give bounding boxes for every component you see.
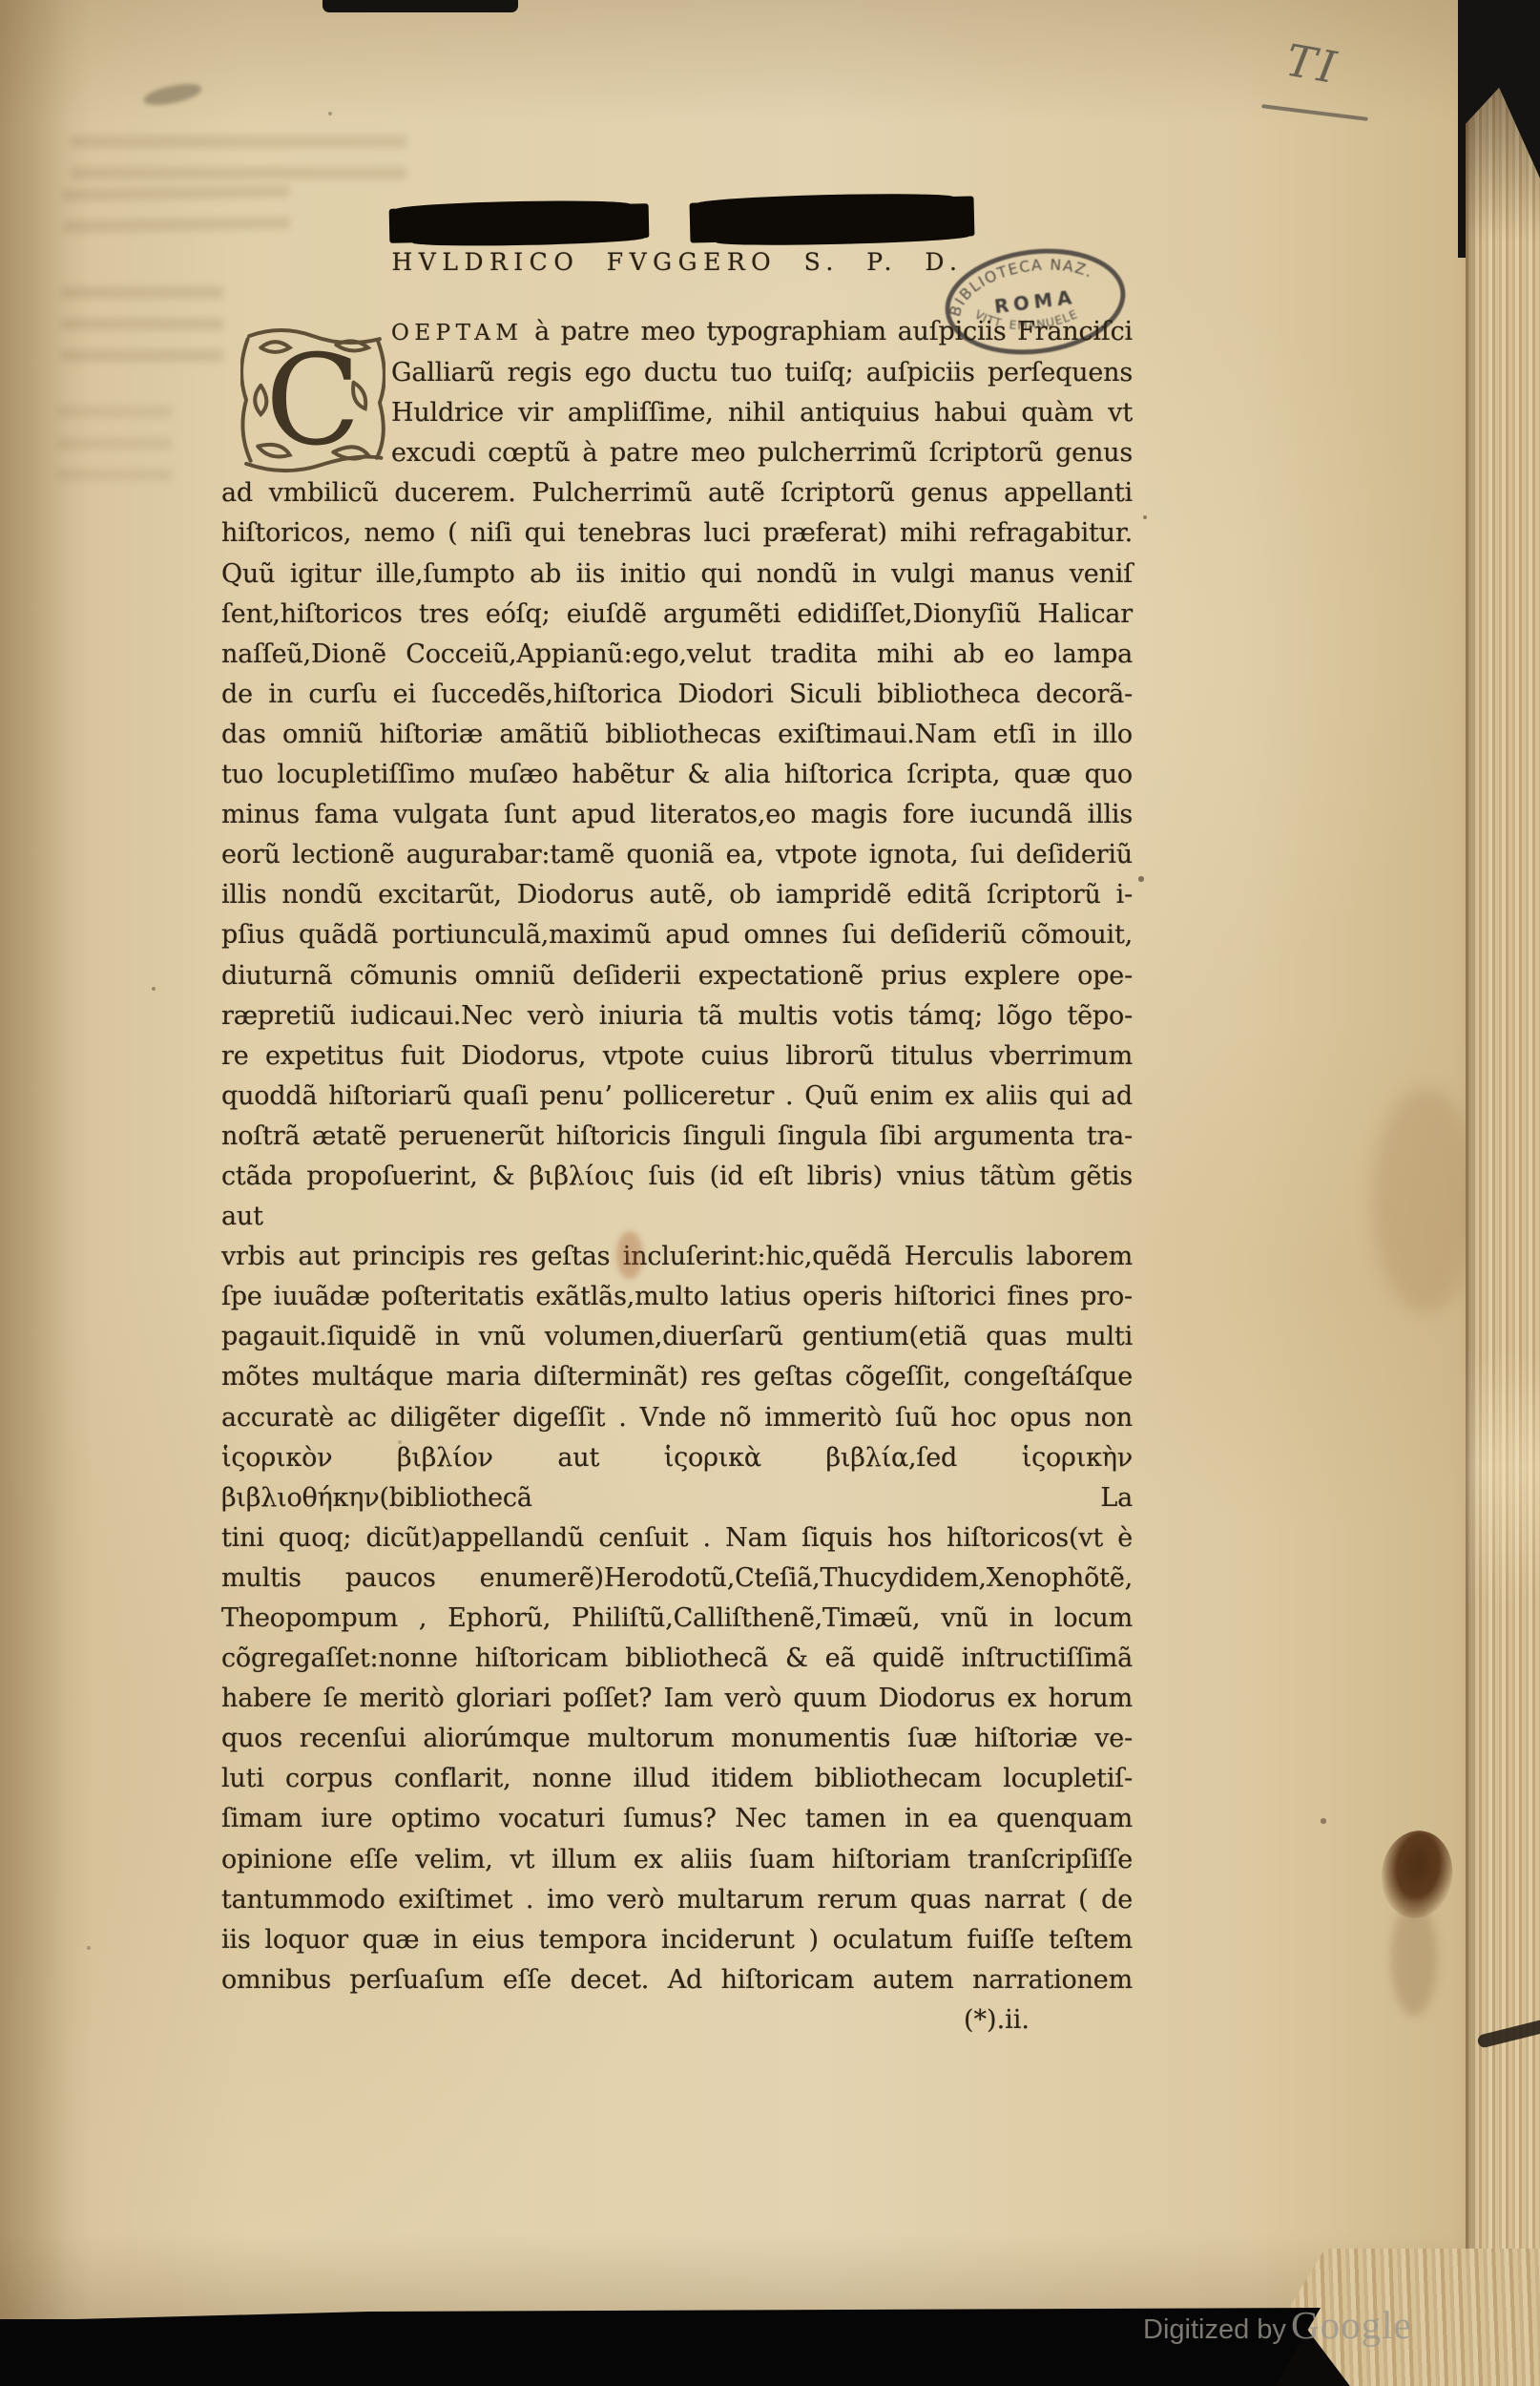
stamp-oval bbox=[942, 241, 1129, 362]
text-line: pagauit.ſiquidẽ in vnũ volumen,diuerſarũ… bbox=[221, 1317, 1133, 1357]
text-line: ſent,hiſtoricos tres eóſq; eiuſdẽ argumẽ… bbox=[221, 595, 1133, 635]
text-line: tuo locupletiſſimo muſæo habẽtur & alia … bbox=[221, 755, 1133, 795]
text-line: omnibus perſuaſum eſſe decet. Ad hiſtori… bbox=[221, 1960, 1133, 2000]
dedication-heading: HVLDRICO FVGGERO S. P. D. bbox=[222, 248, 1133, 276]
text-line: tini quoq; dicũt)appellandũ cenſuit . Na… bbox=[221, 1518, 1133, 1559]
bleedthrough-text bbox=[63, 185, 291, 239]
bleedthrough-text bbox=[61, 286, 223, 363]
text-line: tantummodo exiſtimet . imo verò multarum… bbox=[221, 1880, 1133, 1920]
text-line: ræpretiũ iudicaui.Nec verò iniuria tã mu… bbox=[221, 996, 1133, 1036]
google-watermark: Digitized by Google bbox=[1143, 2302, 1412, 2348]
svg-text:BIBLIOTECA NAZ.: BIBLIOTECA NAZ. bbox=[940, 248, 1101, 320]
text-line: ctãda propoſuerint, & βιβλίοις ſuis (id … bbox=[221, 1157, 1133, 1237]
watermark-brand: Google bbox=[1291, 2303, 1412, 2347]
text-line: illis nondũ excitarũt, Diodorus autẽ, ob… bbox=[221, 875, 1133, 915]
text-line: accuratè ac diligẽter digeſſit . Vnde nõ… bbox=[221, 1398, 1133, 1438]
text-line: diuturnã cõmunis omniũ deſiderii expecta… bbox=[221, 956, 1133, 996]
text-line: hiſtoricos, nemo ( niſi qui tenebras luc… bbox=[221, 513, 1133, 554]
text-line: re expetitus fuit Diodorus, vtpote cuius… bbox=[221, 1036, 1133, 1077]
scan-edge-smudge bbox=[323, 0, 518, 12]
text-line: noſtrã ætatẽ peruenerũt hiſtoricis ſingu… bbox=[221, 1117, 1133, 1157]
text-line: ſpe iuuãdæ poſteritatis exãtlãs,multo la… bbox=[221, 1277, 1133, 1317]
text-line: Quũ igitur ille,ſumpto ab iis initio qui… bbox=[221, 555, 1133, 595]
text-line: naſſeũ,Dionẽ Cocceiũ,Appianũ:ego,velut t… bbox=[221, 635, 1133, 675]
page-paper: HVLDRICO FVGGERO S. P. D. BIBLIOTECA NAZ… bbox=[0, 0, 1485, 2319]
text-line: mõtes multáque maria diſterminãt) res ge… bbox=[221, 1357, 1133, 1397]
censored-heading-bar bbox=[690, 196, 975, 242]
text-line: opinione eſſe velim, vt illum ex aliis ſ… bbox=[221, 1840, 1133, 1880]
text-line: excudi cœptũ à patre meo pulcherrimũ ſcr… bbox=[221, 433, 1133, 473]
ornate-initial-C: C bbox=[240, 324, 385, 475]
text-line: Galliarũ regis ego ductu tuo tuiſq; auſp… bbox=[221, 353, 1133, 393]
censored-heading-bar bbox=[389, 203, 650, 243]
text-line: de in curſu ei ſuccedẽs,hiſtorica Diodor… bbox=[221, 675, 1133, 715]
text-line: das omniũ hiſtoriæ amãtiũ bibliothecas e… bbox=[221, 715, 1133, 755]
fox-spot bbox=[616, 1231, 643, 1279]
text-line: cõgregaſſet:nonne hiſtoricam bibliothecã… bbox=[221, 1639, 1133, 1679]
stamp-bottom-text: VITT. EMANUELE bbox=[971, 296, 1081, 340]
bleedthrough-text bbox=[57, 406, 172, 496]
text-line: ἱςορικὸν βιβλίον aut ἱςορικὰ βιβλία,ſed … bbox=[221, 1438, 1133, 1518]
text-line: quos recenſui aliorúmque multorum monume… bbox=[221, 1719, 1133, 1759]
body-text: OEPTAM à patre meo typographiam auſpicii… bbox=[221, 312, 1133, 2041]
handwritten-folio-mark: TI bbox=[1282, 34, 1342, 94]
text-line: vrbis aut principis res geſtas incluſeri… bbox=[221, 1237, 1133, 1277]
book-page-scan: HVLDRICO FVGGERO S. P. D. BIBLIOTECA NAZ… bbox=[0, 0, 1540, 2386]
text-line: ad vmbilicũ ducerem. Pulcherrimũ autẽ ſc… bbox=[221, 473, 1133, 513]
text-line: minus fama vulgata ſunt apud literatos,e… bbox=[221, 795, 1133, 835]
first-line-lead: OEPTAM bbox=[391, 321, 523, 345]
text-line-first: OEPTAM à patre meo typographiam auſpicii… bbox=[221, 312, 1133, 353]
text-line: luti corpus conflarit, nonne illud itide… bbox=[221, 1759, 1133, 1799]
svg-text:VITT. EMANUELE: VITT. EMANUELE bbox=[971, 296, 1081, 340]
text-line: Huldrice vir ampliſſime, nihil antiquius… bbox=[221, 393, 1133, 433]
text-line: iis loquor quæ in eius tempora inciderun… bbox=[221, 1920, 1133, 1960]
ink-stain bbox=[1376, 1826, 1458, 1922]
text-line: Theopompum , Ephorũ, Philiſtũ,Calliſthen… bbox=[221, 1599, 1133, 1639]
text-line: pſius quãdã portiunculã,maximũ apud omne… bbox=[221, 915, 1133, 955]
text-line: ſimam iure optimo vocaturi ſumus? Nec ta… bbox=[221, 1799, 1133, 1839]
watermark-prefix: Digitized by bbox=[1143, 2314, 1286, 2345]
text-line: eorũ lectionẽ augurabar:tamẽ quoniã ea, … bbox=[221, 835, 1133, 875]
stamp-center-text: ROMA bbox=[993, 286, 1077, 318]
stamp-top-text: BIBLIOTECA NAZ. bbox=[940, 248, 1101, 320]
text-line: habere ſe meritò gloriari poſſet? Iam ve… bbox=[221, 1679, 1133, 1719]
ink-stain-tail bbox=[1391, 1901, 1437, 2016]
bleedthrough-text bbox=[71, 136, 406, 191]
drop-cap-letter: C bbox=[265, 328, 361, 473]
pencil-scribble bbox=[142, 80, 203, 109]
library-stamp: BIBLIOTECA NAZ. ROMA VITT. EMANUELE bbox=[933, 235, 1138, 368]
text-line: quoddã hiſtoriarũ quaſi penuʼ polliceret… bbox=[221, 1077, 1133, 1117]
paper-stain bbox=[1372, 1088, 1479, 1312]
signature-mark: (*).ii. bbox=[221, 2000, 1133, 2041]
text-line: multis paucos enumerẽ)Herodotũ,Cteſiã,Th… bbox=[221, 1559, 1133, 1599]
scan-background-bottom bbox=[0, 2308, 1321, 2386]
paper-specks bbox=[0, 0, 2, 2]
